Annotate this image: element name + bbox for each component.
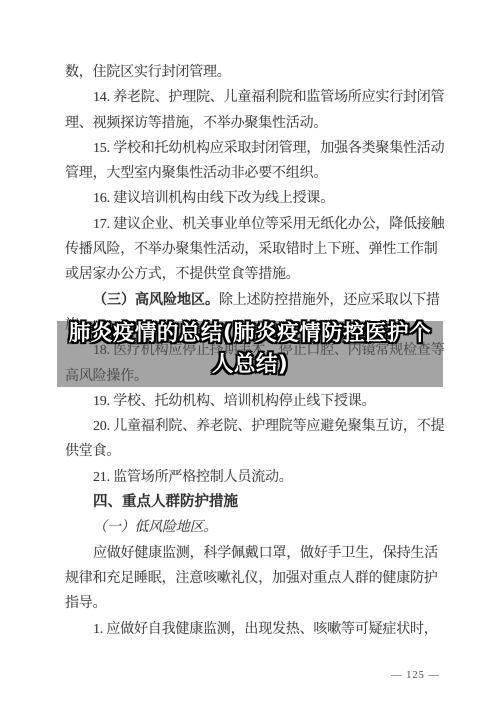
document-line: 管理，大型室内聚集性活动非必要不组织。 — [65, 161, 440, 186]
document-line: 1. 应做好自我健康监测，出现发热、咳嗽等可疑症状时， — [65, 617, 440, 642]
document-line: 14. 养老院、护理院、儿童福利院和监管场所应实行封闭管 — [65, 85, 440, 110]
article-title-line2: 人总结) — [47, 349, 453, 380]
document-line: 20. 儿童福利院、养老院、护理院等应避免聚集互访，不提 — [65, 414, 440, 439]
document-line: 16. 建议培训机构由线下改为线上授课。 — [65, 186, 440, 211]
title-overlay-band: 肺炎疫情的总结(肺炎疫情防控医护个 人总结) — [57, 321, 443, 387]
document-line: 15. 学校和托幼机构应采取封闭管理，加强各类聚集性活动 — [65, 136, 440, 161]
document-line: 四、重点人群防护措施 — [65, 490, 440, 515]
document-line: 应做好健康监测，科学佩戴口罩，做好手卫生，保持生活 — [65, 541, 440, 566]
document-line: （一）低风险地区。 — [65, 515, 440, 540]
page-number: — 125 — — [391, 670, 440, 681]
document-line: 指导。 — [65, 591, 440, 616]
document-line: 规律和充足睡眠，注意咳嗽礼仪，加强对重点人群的健康防护 — [65, 566, 440, 591]
document-line: 17. 建议企业、机关事业单位等采用无纸化办公，降低接触 — [65, 212, 440, 237]
document-line: 或居家办公方式，不提供堂食等措施。 — [65, 262, 440, 287]
document-line: 21. 监管场所严格控制人员流动。 — [65, 465, 440, 490]
document-line: 理、视频探访等措施，不举办聚集性活动。 — [65, 111, 440, 136]
document-line: 供堂食。 — [65, 439, 440, 464]
document-line: 数，住院区实行封闭管理。 — [65, 60, 440, 85]
document-line: 19. 学校、托幼机构、培训机构停止线下授课。 — [65, 389, 440, 414]
document-page: 数，住院区实行封闭管理。14. 养老院、护理院、儿童福利院和监管场所应实行封闭管… — [0, 0, 500, 706]
document-line: （三）高风险地区。除上述防控措施外，还应采取以下措 — [65, 288, 440, 313]
article-title: 肺炎疫情的总结(肺炎疫情防控医护个 人总结) — [47, 318, 453, 380]
document-line: 传播风险，不举办聚集性活动，采取错时上下班、弹性工作制 — [65, 237, 440, 262]
article-title-line1: 肺炎疫情的总结(肺炎疫情防控医护个 — [47, 318, 453, 349]
